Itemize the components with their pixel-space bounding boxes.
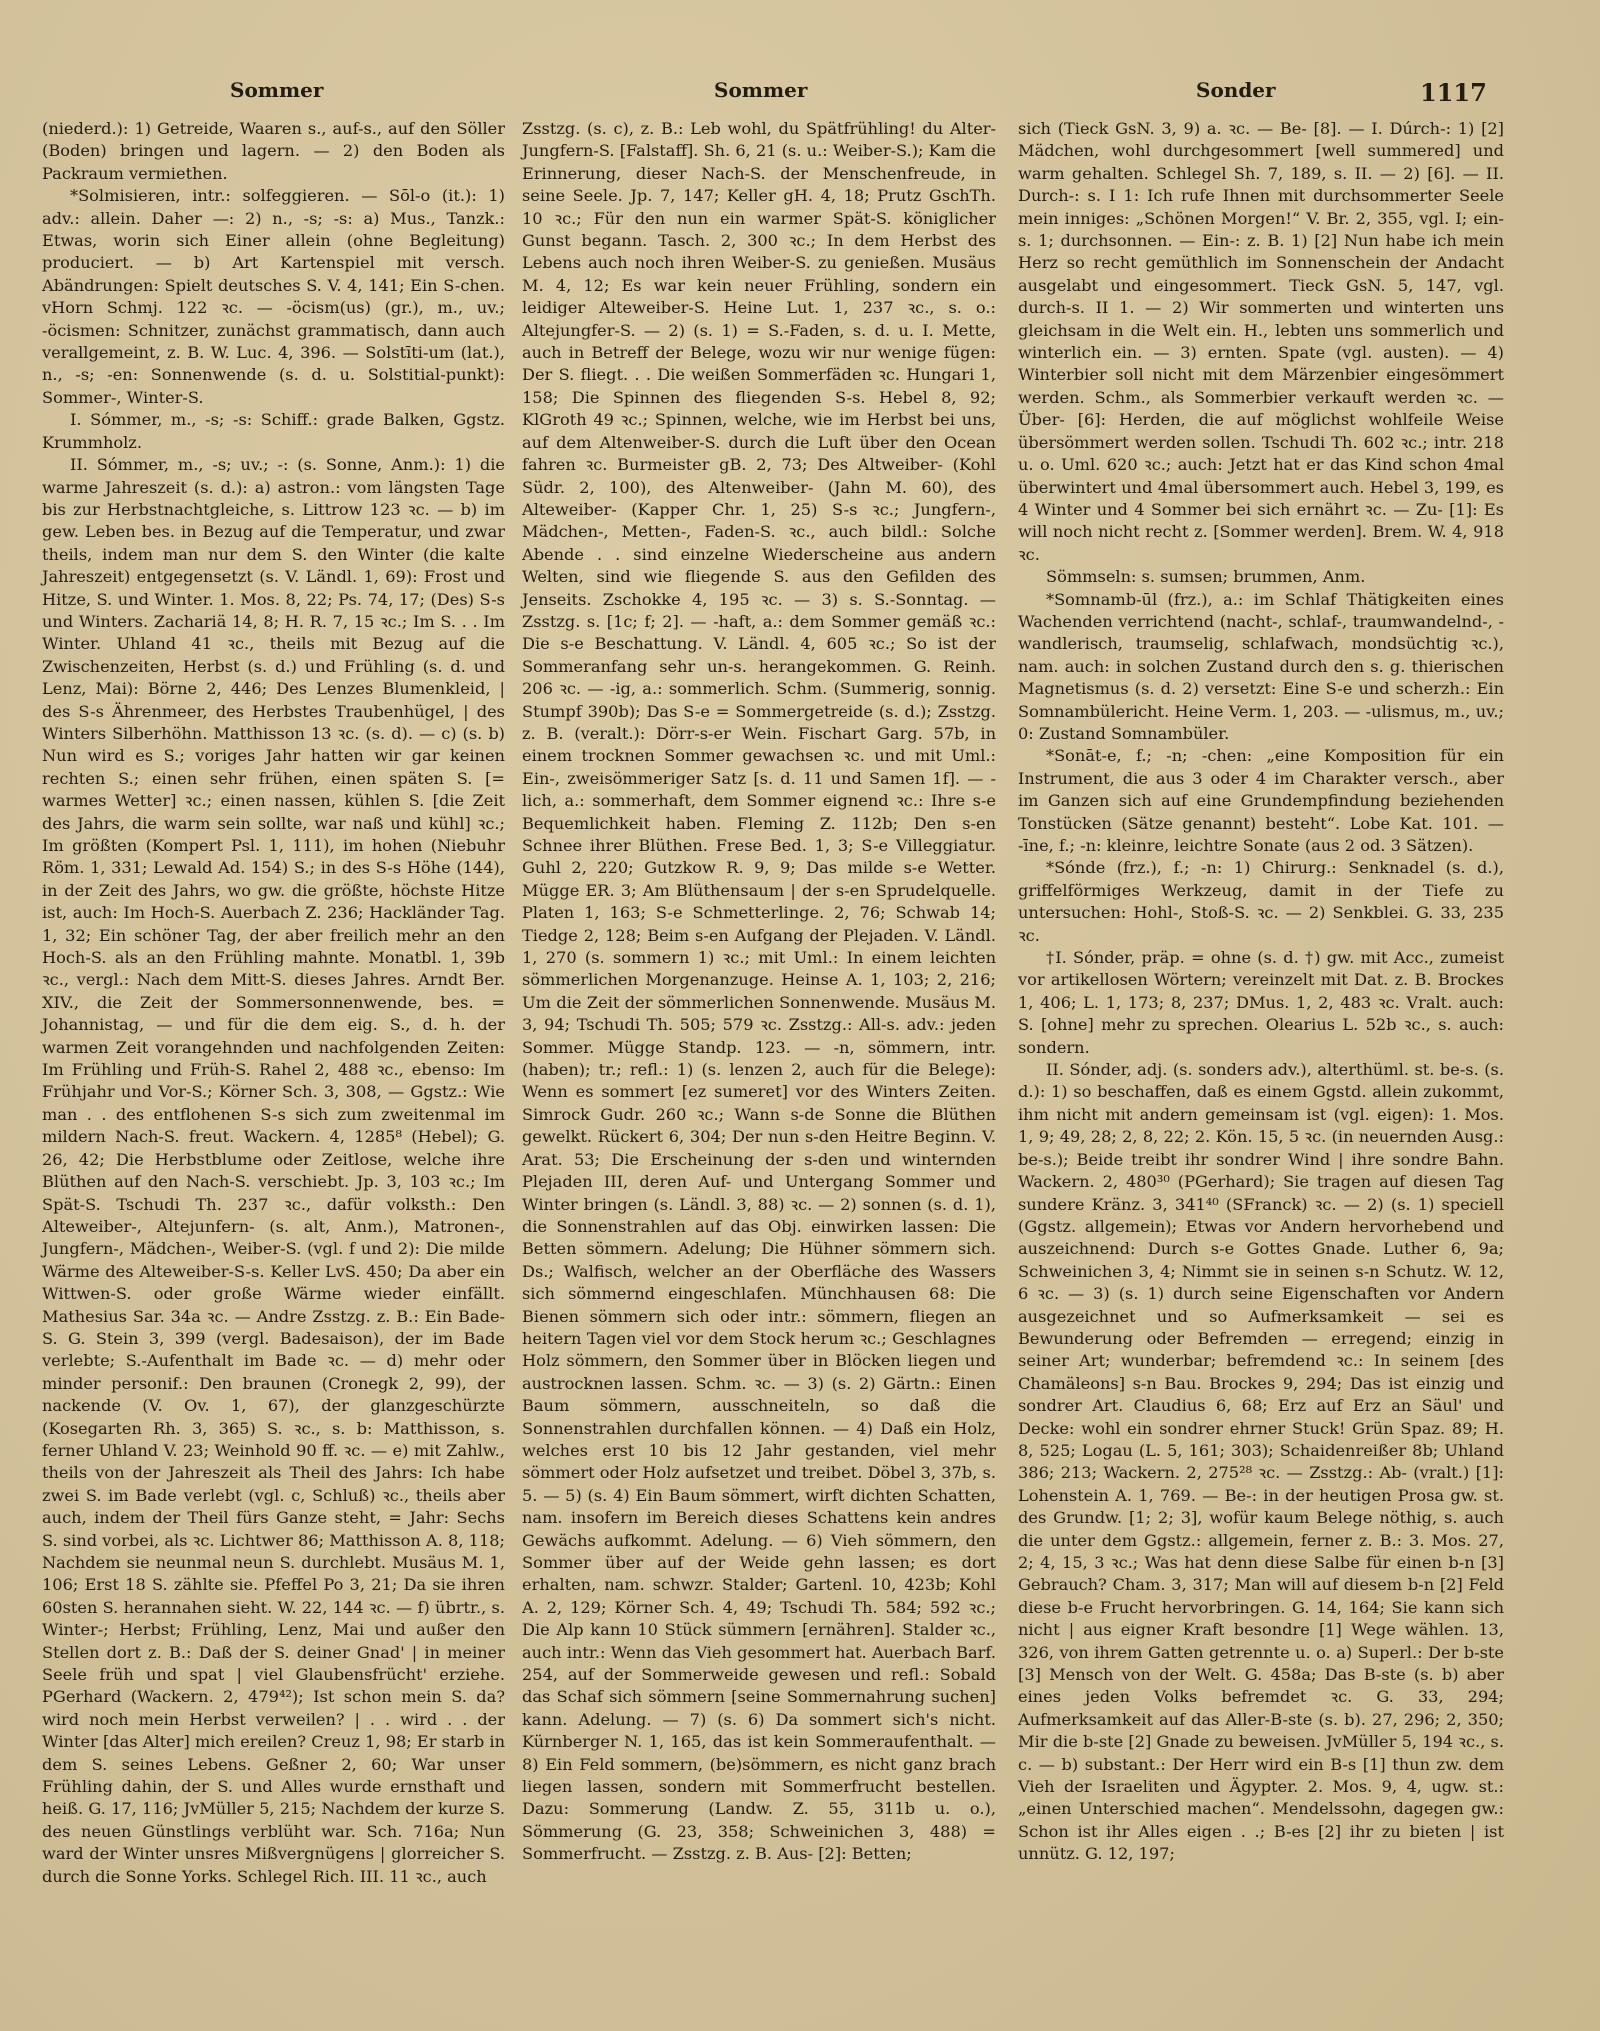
dictionary-entry: II. Sómmer, m., -s; uv.; -: (s. Sonne, A…: [42, 454, 505, 1888]
running-head-middle: Sommer: [714, 78, 807, 102]
running-head-right: Sonder: [1196, 78, 1276, 102]
paragraph: Zsstzg. (s. c), z. B.: Leb wohl, du Spät…: [522, 118, 996, 1866]
dictionary-entry: II. Sónder, adj. (s. sonders adv.), alte…: [1018, 1059, 1504, 1866]
column-right: sich (Tieck GsN. 3, 9) a. ꝛc. — Be- [8].…: [1018, 118, 1504, 1866]
paragraph: sich (Tieck GsN. 3, 9) a. ꝛc. — Be- [8].…: [1018, 118, 1504, 566]
dictionary-entry: *Somnamb-ūl (frz.), a.: im Schlaf Thätig…: [1018, 589, 1504, 746]
running-head-left: Sommer: [230, 78, 323, 102]
dictionary-entry: *Sonāt-e, f.; -n; -chen: „eine Kompositi…: [1018, 745, 1504, 857]
column-left: (niederd.): 1) Getreide, Waaren s., auf-…: [42, 118, 505, 1888]
dictionary-entry: Sömmseln: s. sumsen; brummen, Anm.: [1018, 566, 1504, 588]
dictionary-page: Sommer Sommer Sonder 1117 (niederd.): 1)…: [0, 0, 1600, 2031]
dictionary-entry: †I. Sónder, präp. = ohne (s. d. †) gw. m…: [1018, 947, 1504, 1059]
dictionary-entry: *Sónde (frz.), f.; -n: 1) Chirurg.: Senk…: [1018, 857, 1504, 947]
paragraph: (niederd.): 1) Getreide, Waaren s., auf-…: [42, 118, 505, 185]
column-middle: Zsstzg. (s. c), z. B.: Leb wohl, du Spät…: [522, 118, 996, 1866]
dictionary-entry: I. Sómmer, m., -s; -s: Schiff.: grade Ba…: [42, 409, 505, 454]
dictionary-entry: *Solmisieren, intr.: solfeggieren. — Sōl…: [42, 185, 505, 409]
page-number: 1117: [1420, 78, 1487, 107]
running-head: Sommer Sommer Sonder 1117: [0, 78, 1600, 108]
